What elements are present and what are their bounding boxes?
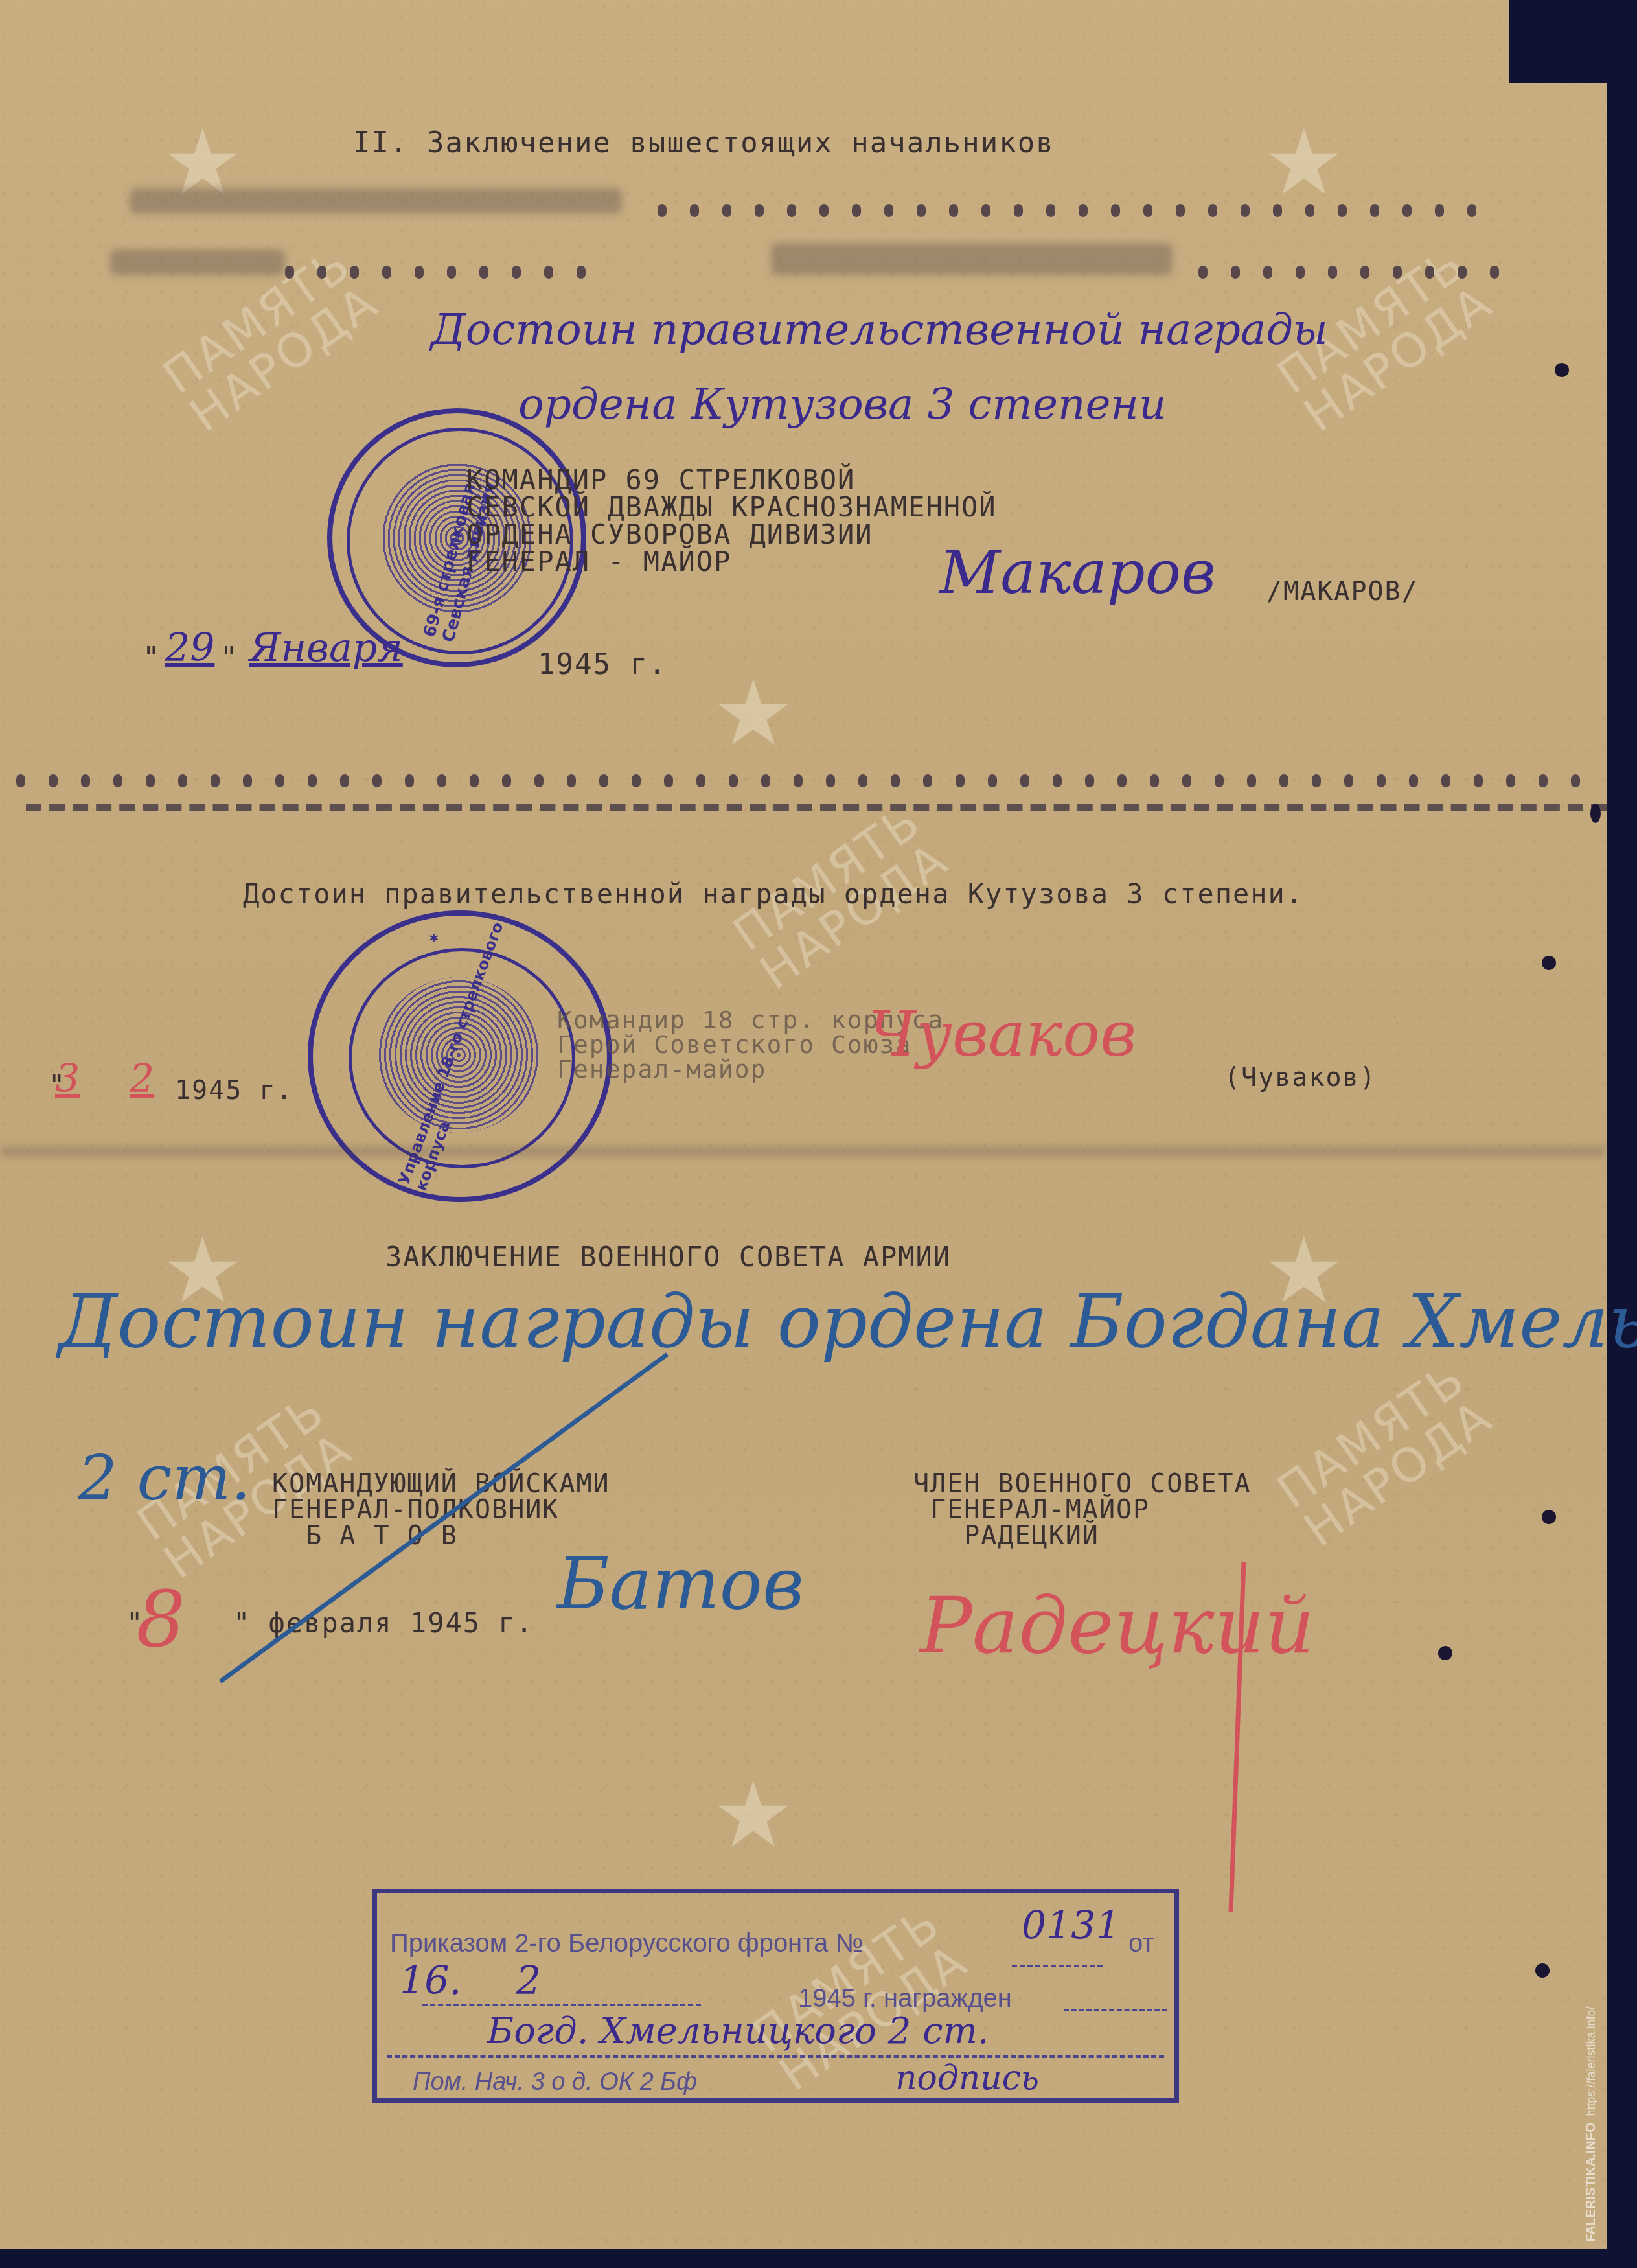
corps-date-day: 3 xyxy=(55,1056,80,1102)
scan-background-bottom xyxy=(0,2249,1637,2268)
redacted-line xyxy=(130,188,622,214)
corps-date-month: 2 xyxy=(130,1056,154,1102)
watermark-star-icon: ★ xyxy=(713,1763,794,1868)
army-council-heading: ЗАКЛЮЧЕНИЕ ВОЕННОГО СОВЕТА АРМИИ xyxy=(385,1241,951,1273)
division-date-year: 1945 г. xyxy=(538,648,667,681)
handwritten-conclusion-line-2: ордена Кутузова 3 степени xyxy=(518,379,1167,429)
corps-date-year: 1945 г. xyxy=(175,1076,293,1105)
army-council-date-day: 8 xyxy=(136,1575,185,1665)
punch-hole xyxy=(1555,363,1569,377)
division-date-month: Января xyxy=(249,625,403,671)
source-credit: FALERISTIKA.INFO https://faleristika.inf… xyxy=(1584,2006,1599,2242)
division-commander-name: /МАКАРОВ/ xyxy=(1266,577,1419,607)
order-footer: Пом. Нач. 3 о д. ОК 2 Бф xyxy=(413,2068,697,2096)
dotted-leader xyxy=(1198,266,1522,279)
redacted-line xyxy=(771,243,1173,275)
dotted-leader xyxy=(285,266,609,279)
order-footer-signature: подпись xyxy=(895,2059,1039,2098)
division-date-day: 29 xyxy=(165,625,214,671)
date-open-quote: " xyxy=(143,642,161,675)
scan-background-right xyxy=(1607,0,1637,2268)
order-line-1: Приказом 2-го Белорусского фронта № xyxy=(390,1929,863,1958)
section-title: II. Заключение вышестоящих начальников xyxy=(353,126,1055,159)
order-number: 0131 xyxy=(1022,1903,1121,1949)
division-commander-signature: Макаров xyxy=(939,538,1216,607)
punch-hole xyxy=(1542,1510,1556,1524)
separator-dot-row xyxy=(16,774,1603,787)
separator-dash-line xyxy=(26,804,1607,818)
watermark-star-icon: ★ xyxy=(713,661,794,767)
punch-hole xyxy=(1542,956,1556,970)
corps-commander-signature: Чуваков xyxy=(868,998,1136,1070)
corps-conclusion-text: Достоин правительственной награды ордена… xyxy=(243,878,1303,910)
watermark-star-icon: ★ xyxy=(1263,110,1345,216)
corps-commander-name: (Чуваков) xyxy=(1224,1063,1377,1093)
redacted-line xyxy=(110,249,285,275)
dotted-leader xyxy=(658,204,1500,217)
order-date-day: 16. xyxy=(400,1958,461,2004)
division-signature-block: КОМАНДИР 69 СТРЕЛКОВОЙ СЕВСКОЙ ДВАЖДЫ КР… xyxy=(466,467,997,575)
order-award-name: Богд. Хмельницкого 2 ст. xyxy=(487,2010,989,2052)
order-line-2: 1945 г. награжден xyxy=(798,1984,1012,2013)
award-order-stamp: Приказом 2-го Белорусского фронта № 0131… xyxy=(372,1889,1179,2103)
strikethrough-line xyxy=(214,1348,680,1698)
red-pencil-stroke xyxy=(1218,1555,1270,1918)
punch-hole xyxy=(1438,1646,1452,1660)
ink-blot xyxy=(1590,804,1601,823)
council-member-block: ЧЛЕН ВОЕННОГО СОВЕТА ГЕНЕРАЛ-МАЙОР РАДЕЦ… xyxy=(913,1471,1252,1549)
date-close-quote: " xyxy=(220,642,239,675)
punch-hole xyxy=(1535,1963,1550,1978)
handwritten-conclusion-line-1: Достоин правительственной награды xyxy=(431,305,1328,354)
paper-fold xyxy=(0,1147,1607,1156)
order-date-month: 2 xyxy=(516,1958,541,2004)
